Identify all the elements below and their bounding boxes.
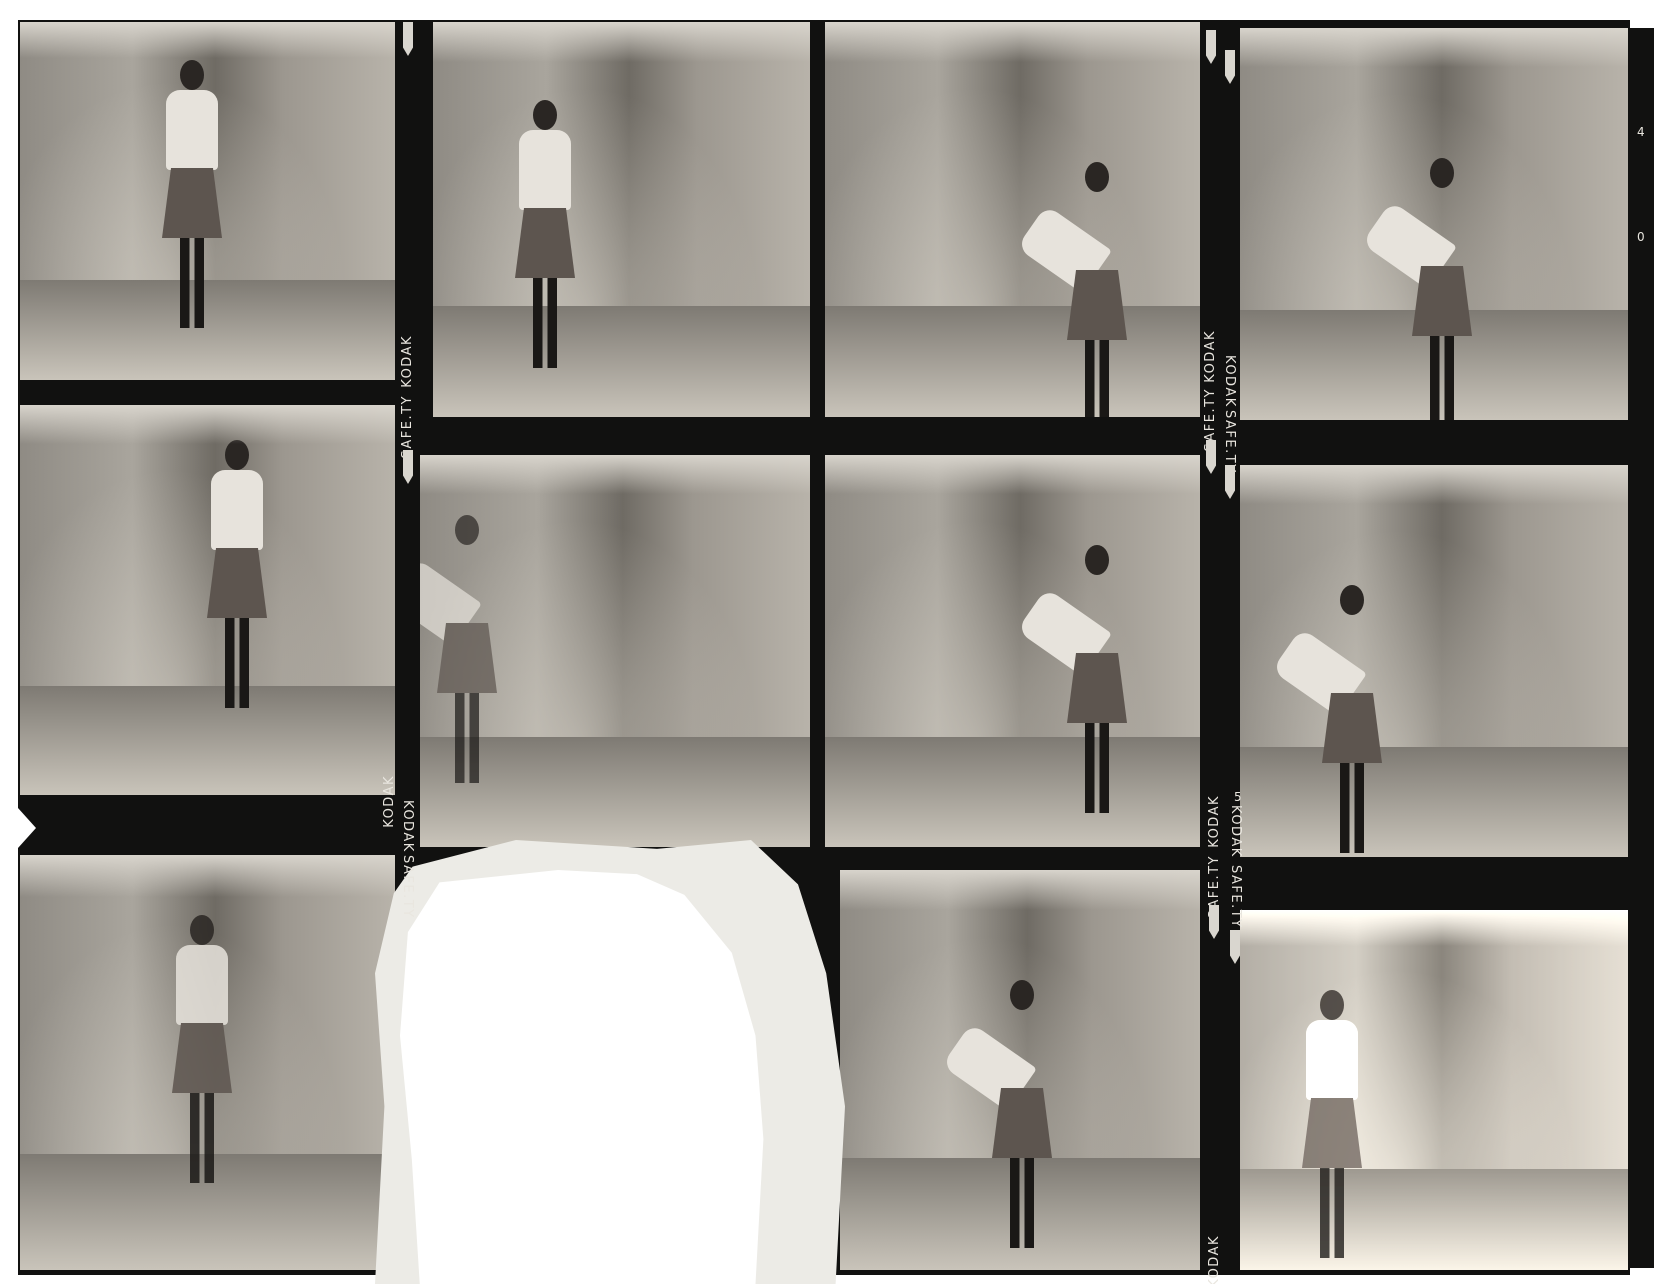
frame-r1c4 bbox=[1240, 28, 1628, 420]
film-notch bbox=[18, 808, 36, 848]
woman-figure bbox=[513, 100, 577, 370]
film-edge-brand: KODAK bbox=[1207, 795, 1222, 848]
film-edge-brand: KODAK bbox=[382, 775, 397, 828]
film-edge-stock: SAFE.TY bbox=[1222, 410, 1237, 474]
woman-figure bbox=[435, 515, 499, 785]
film-edge-3 bbox=[1628, 28, 1654, 1268]
frame-r1c2 bbox=[433, 22, 810, 417]
frame-number: 0 bbox=[1637, 230, 1645, 244]
woman-figure bbox=[170, 915, 234, 1185]
frame-r3c3 bbox=[840, 870, 1200, 1270]
woman-figure bbox=[990, 980, 1054, 1250]
film-edge-brand: KODAK bbox=[400, 800, 415, 853]
film-edge-brand: KODAK bbox=[1228, 805, 1243, 858]
film-notch bbox=[1656, 145, 1670, 185]
woman-figure bbox=[1410, 158, 1474, 420]
frame-r3c4 bbox=[1240, 910, 1628, 1270]
frame-r2c4 bbox=[1240, 465, 1628, 857]
woman-figure bbox=[1065, 162, 1129, 417]
film-edge-stock: SAFE.TY bbox=[1228, 865, 1243, 929]
woman-figure bbox=[1065, 545, 1129, 815]
frame-r2c1 bbox=[20, 405, 395, 795]
woman-figure bbox=[1320, 585, 1384, 855]
frame-r2c3 bbox=[825, 455, 1200, 847]
film-edge-brand: KODAK bbox=[1207, 1235, 1222, 1284]
frame-number: 4 bbox=[1637, 125, 1645, 139]
woman-figure bbox=[205, 440, 269, 710]
film-edge-brand: KODAK bbox=[400, 335, 415, 388]
film-edge-stock: SAFE.TY bbox=[400, 855, 415, 919]
contact-sheet: KODAK SAFE.TY KODAK KODAK SAFE.TY KODAK … bbox=[0, 0, 1680, 1284]
frame-number: 5 bbox=[1234, 790, 1242, 804]
woman-figure bbox=[1300, 990, 1364, 1260]
frame-r1c3 bbox=[825, 22, 1200, 417]
film-edge-brand: KODAK bbox=[1222, 355, 1237, 408]
film-edge-brand: KODAK bbox=[1203, 330, 1218, 383]
film-edge-2 bbox=[1200, 20, 1238, 1270]
woman-figure bbox=[160, 60, 224, 330]
frame-r3c1 bbox=[20, 855, 395, 1270]
frame-r1c1 bbox=[20, 22, 395, 380]
frame-r2c2 bbox=[420, 455, 810, 847]
film-edge-stock: SAFE.TY bbox=[400, 395, 415, 459]
